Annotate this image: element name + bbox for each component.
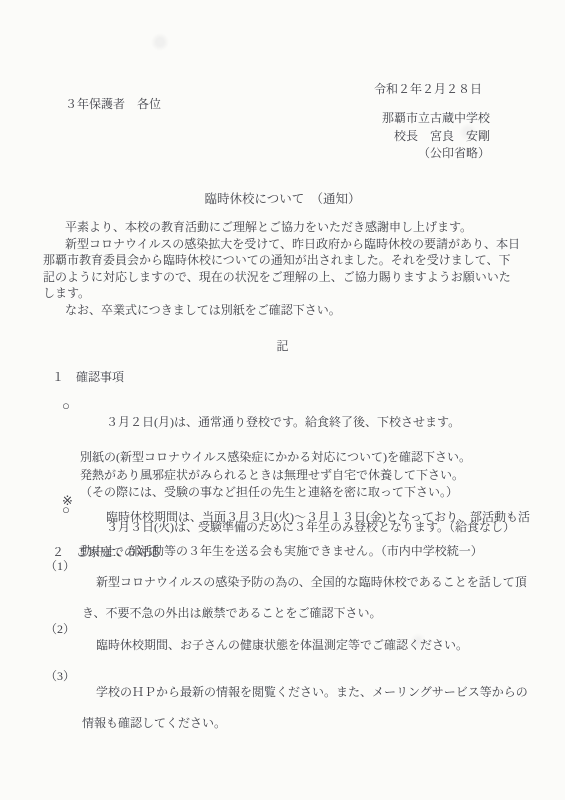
item-number-label: （1） — [45, 559, 75, 575]
ki-marker: 記 — [0, 337, 565, 354]
numbered-item: （3）学校のＨＰから最新の情報を閲覧ください。また、メーリングサービス等からの — [45, 669, 535, 716]
numbered-item: （1）新型コロナウイルスの感染予防の為の、全国的な臨時休校であることを話して頂 — [45, 559, 535, 606]
body-paragraph: 平素より、本校の教育活動にご理解とご協力をいただき感謝申し上げます。 新型コロナ… — [43, 219, 523, 319]
body-line: なお、卒業式につきましては別紙をご確認下さい。 — [43, 302, 523, 319]
list-item-continuation: 別紙の(新型コロナウイルス感染症にかかる対応について)を確認下さい。 — [62, 449, 532, 466]
document-page: 令和２年２月２８日 ３年保護者 各位 那覇市立古蔵中学校 校長 宮良 安剛 （公… — [0, 0, 565, 800]
principal-name: 校長 宮良 安剛 — [382, 128, 490, 146]
numbered-item: （2）臨時休校期間、お子さんの健康状態を体温測定等でご確認ください。 — [45, 622, 535, 669]
circle-bullet-icon: ○ — [62, 397, 70, 414]
list-item: ○３月２日(月)は、通常通り登校です。給食終了後、下校させます。 — [62, 397, 532, 449]
note-text: 臨時休校期間は、当面３月３日(火)～３月１３日(金)となっており、部活動も活 — [106, 510, 530, 524]
reference-mark-icon: ※ — [62, 492, 73, 509]
body-line: 新型コロナウイルスの感染拡大を受けて、昨日政府から臨時休校の要請があり、本日 — [43, 236, 523, 253]
addressee: ３年保護者 各位 — [65, 95, 161, 112]
section2-items: （1）新型コロナウイルスの感染予防の為の、全国的な臨時休校であることを話して頂 … — [45, 559, 535, 732]
body-line: 平素より、本校の教育活動にご理解とご協力をいただき感謝申し上げます。 — [43, 219, 523, 236]
section2-heading: ２ ご家庭での対応 — [52, 543, 160, 560]
item-number-label: （2） — [45, 622, 75, 638]
school-name: 那覇市立古蔵中学校 — [382, 110, 490, 128]
numbered-item-continuation: き、不要不急の外出は厳禁であることをご確認下さい。 — [45, 606, 535, 622]
list-item-text: ３月２日(月)は、通常通り登校です。給食終了後、下校させます。 — [106, 415, 460, 429]
numbered-item-text: 新型コロナウイルスの感染予防の為の、全国的な臨時休校であることを話して頂 — [96, 575, 527, 589]
item-number-label: （3） — [45, 669, 75, 685]
body-line: 那覇市教育委員会から臨時休校についての通知が出されました。それを受けまして、下 — [43, 252, 523, 269]
numbered-item-text: 学校のＨＰから最新の情報を閲覧ください。また、メーリングサービス等からの — [96, 685, 528, 699]
document-title: 臨時休校について （通知） — [0, 189, 565, 207]
body-line: 記のように対応しますので、現在の状況をご理解の上、ご協力賜りますようお願いいた — [43, 269, 523, 286]
sender-block: 那覇市立古蔵中学校 校長 宮良 安剛 （公印省略） — [382, 110, 490, 163]
seal-omitted-note: （公印省略） — [382, 145, 490, 163]
note-item: ※臨時休校期間は、当面３月３日(火)～３月１３日(金)となっており、部活動も活 — [62, 492, 532, 543]
numbered-item-text: 臨時休校期間、お子さんの健康状態を体温測定等でご確認ください。 — [96, 638, 468, 652]
section1-heading: １ 確認事項 — [52, 368, 124, 385]
list-item-continuation: 発熱があり風邪症状がみられるときは無理せず自宅で休養して下さい。 — [62, 467, 532, 484]
document-date: 令和２年２月２８日 — [374, 80, 482, 97]
numbered-item-continuation: 情報も確認してください。 — [45, 716, 535, 732]
body-line: します。 — [43, 285, 523, 302]
